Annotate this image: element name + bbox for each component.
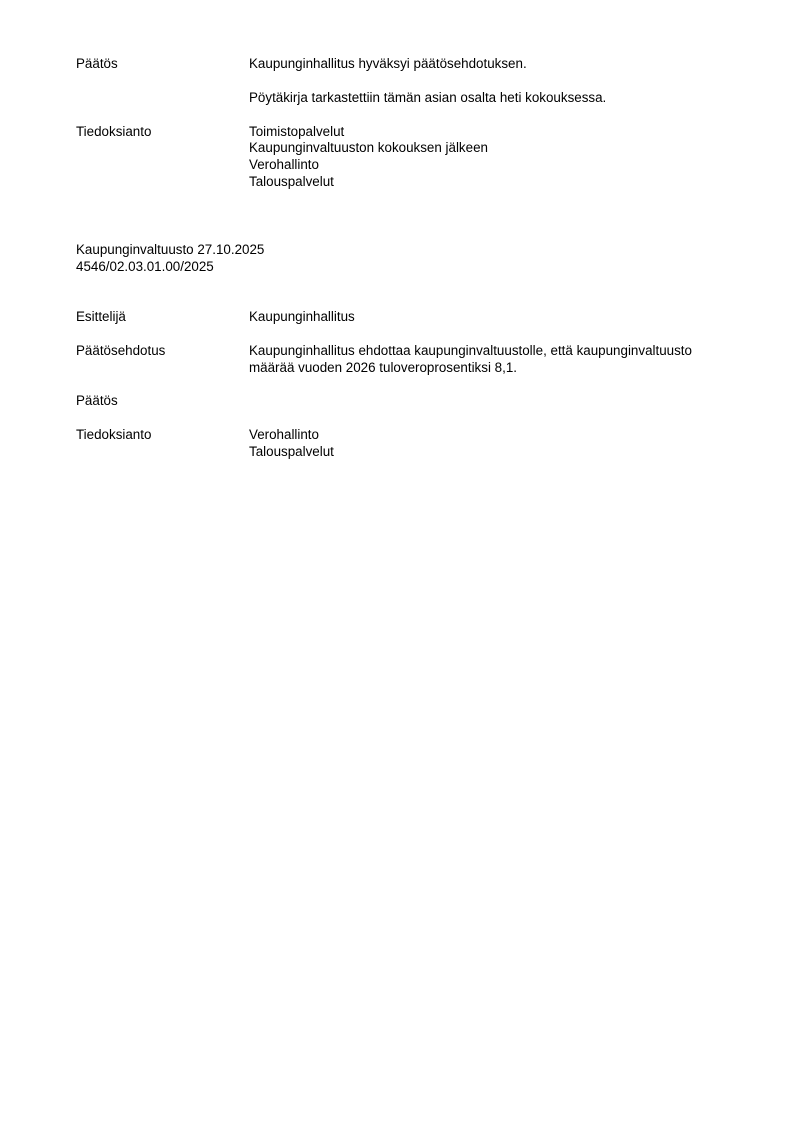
notice-label: Tiedoksianto xyxy=(76,123,151,140)
notice-recipient: Toimistopalvelut xyxy=(249,123,344,140)
decision-label: Päätös xyxy=(76,55,118,72)
presenter-label: Esittelijä xyxy=(76,308,126,325)
notice-recipient: Kaupunginvaltuuston kokouksen jälkeen xyxy=(249,139,488,156)
notice-recipient: Talouspalvelut xyxy=(249,443,334,460)
meeting-heading: Kaupunginvaltuusto 27.10.2025 xyxy=(76,241,264,258)
case-id: 4546/02.03.01.00/2025 xyxy=(76,258,214,275)
proposal-text-line: määrää vuoden 2026 tuloveroprosentiksi 8… xyxy=(249,359,517,376)
notice-recipient: Verohallinto xyxy=(249,426,319,443)
decision-label: Päätös xyxy=(76,392,118,409)
notice-recipient: Talouspalvelut xyxy=(249,173,334,190)
notice-recipient: Verohallinto xyxy=(249,156,319,173)
decision-text: Kaupunginhallitus hyväksyi päätösehdotuk… xyxy=(249,55,527,72)
notice-label: Tiedoksianto xyxy=(76,426,151,443)
proposal-label: Päätösehdotus xyxy=(76,342,165,359)
presenter-value: Kaupunginhallitus xyxy=(249,308,355,325)
minutes-check-text: Pöytäkirja tarkastettiin tämän asian osa… xyxy=(249,89,606,106)
proposal-text-line: Kaupunginhallitus ehdottaa kaupunginvalt… xyxy=(249,342,692,359)
